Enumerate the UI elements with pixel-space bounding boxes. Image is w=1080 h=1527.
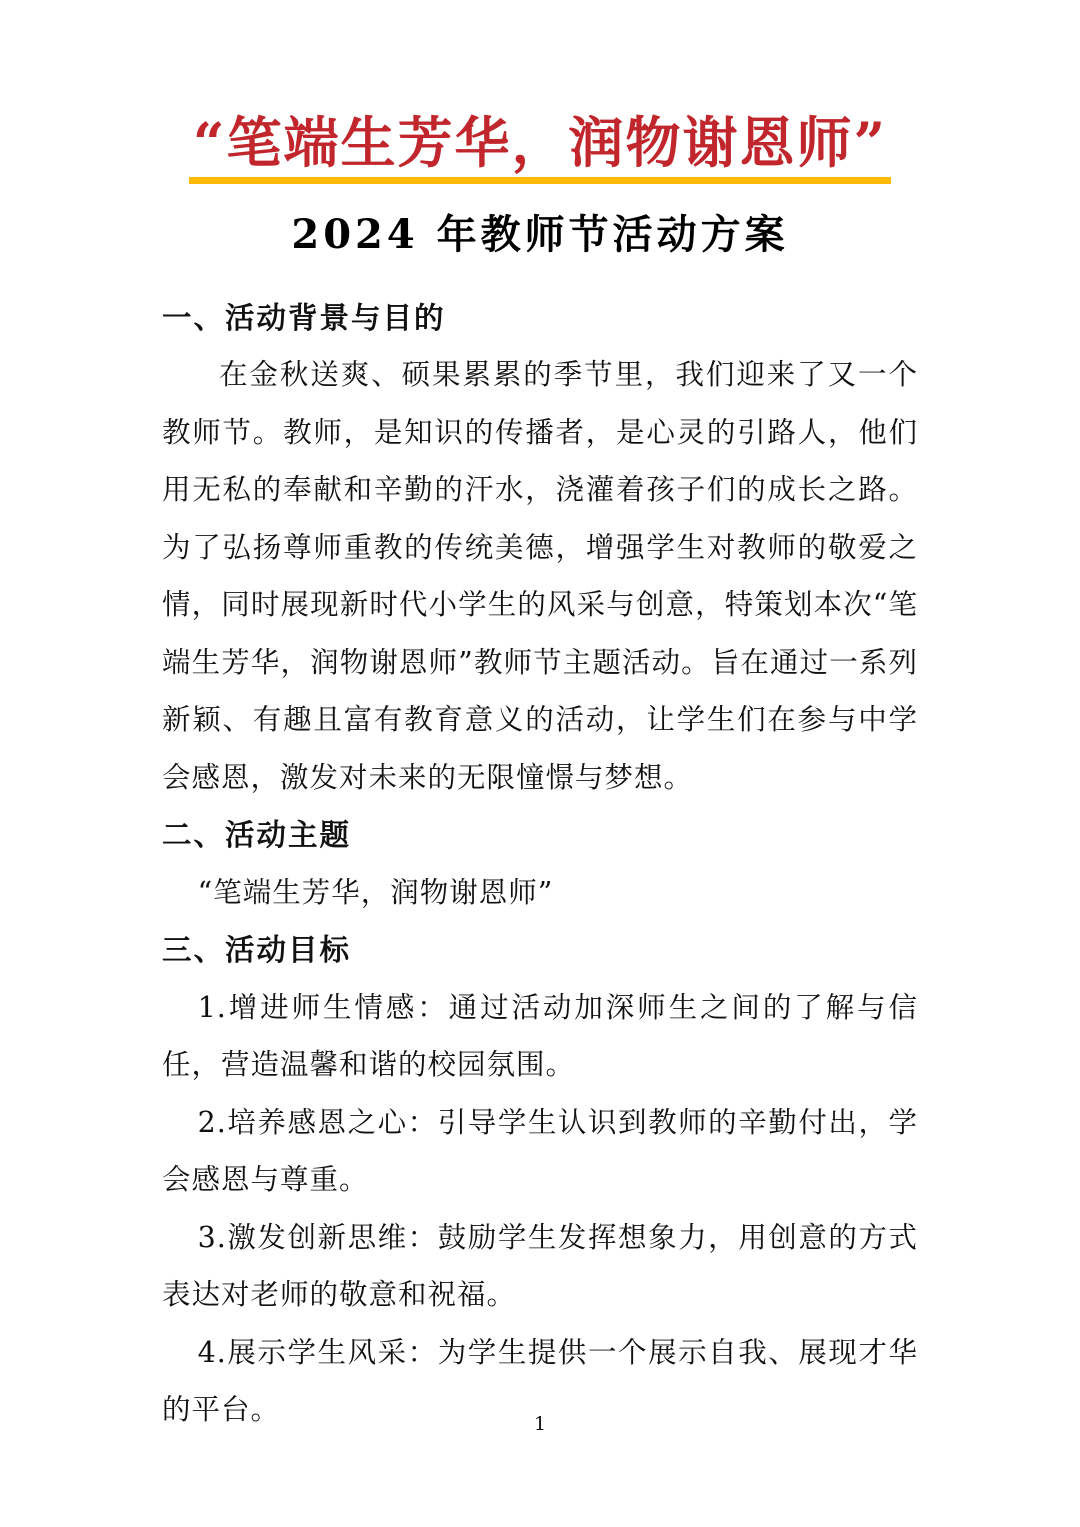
document-body: 一、活动背景与目的 在金秋送爽、硕果累累的季节里，我们迎来了又一个教师节。教师，… <box>162 289 918 1439</box>
section-heading-background-purpose: 一、活动背景与目的 <box>162 289 918 347</box>
section-goals: 三、活动目标 1.增进师生情感：通过活动加深师生之间的了解与信任，营造温馨和谐的… <box>162 921 918 1439</box>
doc-subtitle: 2024 年教师节活动方案 <box>162 211 918 259</box>
doc-title: “笔端生芳华，润物谢恩师” <box>162 112 918 184</box>
section-heading-theme: 二、活动主题 <box>162 806 918 864</box>
doc-title-text: “笔端生芳华，润物谢恩师” <box>189 112 891 184</box>
goal-item-3: 3.激发创新思维：鼓励学生发挥想象力，用创意的方式表达对老师的敬意和祝福。 <box>162 1209 918 1324</box>
section-background-purpose: 一、活动背景与目的 在金秋送爽、硕果累累的季节里，我们迎来了又一个教师节。教师，… <box>162 289 918 807</box>
section-theme: 二、活动主题 “笔端生芳华，润物谢恩师” <box>162 806 918 921</box>
theme-quote: “笔端生芳华，润物谢恩师” <box>162 864 918 922</box>
goal-item-1: 1.增进师生情感：通过活动加深师生之间的了解与信任，营造温馨和谐的校园氛围。 <box>162 979 918 1094</box>
page-number: 1 <box>534 1413 546 1435</box>
section-heading-goals: 三、活动目标 <box>162 921 918 979</box>
background-paragraph: 在金秋送爽、硕果累累的季节里，我们迎来了又一个教师节。教师，是知识的传播者，是心… <box>162 346 918 806</box>
document-footer: 1 <box>0 1413 1080 1435</box>
document-page: “笔端生芳华，润物谢恩师” 2024 年教师节活动方案 一、活动背景与目的 在金… <box>0 0 1080 1527</box>
goal-item-2: 2.培养感恩之心：引导学生认识到教师的辛勤付出，学会感恩与尊重。 <box>162 1094 918 1209</box>
document-header: “笔端生芳华，润物谢恩师” 2024 年教师节活动方案 <box>162 112 918 259</box>
